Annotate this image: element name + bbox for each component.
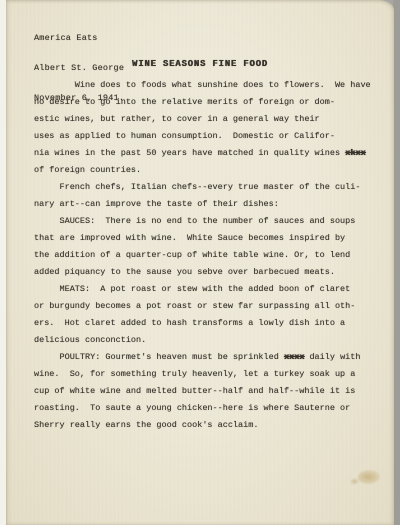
- text-line: roasting. To saute a young chicken--here…: [34, 400, 388, 417]
- text-line: added piquancy to the sause you sebve ov…: [34, 264, 388, 281]
- text-segment: delicious conconction.: [34, 335, 146, 345]
- scanned-document: America Eats Albert St. George November …: [0, 0, 400, 525]
- struck-text: xxxx: [284, 352, 304, 362]
- text-segment: Wine does to foods what sunshine does to…: [34, 80, 371, 90]
- text-line: POULTRY: Gourmet's heaven must be sprink…: [34, 349, 388, 366]
- text-segment: of foreign countries.: [34, 165, 141, 175]
- text-segment: nia wines in the past 50 years have matc…: [34, 148, 345, 158]
- text-line: ers. Hot claret added to hash transforms…: [34, 315, 388, 332]
- text-segment: added piquancy to the sause you sebve ov…: [34, 267, 335, 277]
- text-line: or burgundy becomes a pot roast or stew …: [34, 298, 388, 315]
- text-segment: that are improved with wine. White Sauce…: [34, 233, 345, 243]
- text-segment: or burgundy becomes a pot roast or stew …: [34, 301, 355, 311]
- text-line: Wine does to foods what sunshine does to…: [34, 77, 388, 94]
- header-byline: America Eats: [34, 33, 124, 43]
- text-line: delicious conconction.: [34, 332, 388, 349]
- text-segment: no desire to go into the relative merits…: [34, 97, 335, 107]
- text-line: SAUCES: There is no end to the number of…: [34, 213, 388, 230]
- paragraph: Wine does to foods what sunshine does to…: [34, 77, 388, 179]
- text-segment: cup of white wine and melted butter--hal…: [34, 386, 355, 396]
- text-line: no desire to go into the relative merits…: [34, 94, 388, 111]
- text-line: of foreign countries.: [34, 162, 388, 179]
- document-page: America Eats Albert St. George November …: [6, 0, 394, 525]
- text-line: wine. So, for something truly heavenly, …: [34, 366, 388, 383]
- text-line: that are improved with wine. White Sauce…: [34, 230, 388, 247]
- text-line: nary art--can improve the taste of their…: [34, 196, 388, 213]
- text-segment: Sherry really earns the good cook's accl…: [34, 420, 258, 430]
- text-segment: uses as applied to human consumption. Do…: [34, 131, 335, 141]
- paragraph: MEATS: A pot roast or stew with the adde…: [34, 281, 388, 349]
- text-segment: wine. So, for something truly heavenly, …: [34, 369, 355, 379]
- text-segment: ers. Hot claret added to hash transforms…: [34, 318, 345, 328]
- text-segment: roasting. To saute a young chicken--here…: [34, 403, 350, 413]
- text-line: nia wines in the past 50 years have matc…: [34, 145, 388, 162]
- document-body: Wine does to foods what sunshine does to…: [34, 77, 388, 434]
- text-line: uses as applied to human consumption. Do…: [34, 128, 388, 145]
- paragraph: POULTRY: Gourmet's heaven must be sprink…: [34, 349, 388, 434]
- paragraph: French chefs, Italian chefs--every true …: [34, 179, 388, 213]
- struck-text: xkxx: [345, 148, 365, 158]
- text-segment: French chefs, Italian chefs--every true …: [34, 182, 360, 192]
- text-line: Sherry really earns the good cook's accl…: [34, 417, 388, 434]
- text-segment: SAUCES: There is no end to the number of…: [34, 216, 355, 226]
- text-line: estic wines, but rather, to cover in a g…: [34, 111, 388, 128]
- text-segment: estic wines, but rather, to cover in a g…: [34, 114, 320, 124]
- text-segment: MEATS: A pot roast or stew with the adde…: [34, 284, 350, 294]
- text-segment: nary art--can improve the taste of their…: [34, 199, 279, 209]
- text-line: MEATS: A pot roast or stew with the adde…: [34, 281, 388, 298]
- text-line: the addition of a quarter-cup of white t…: [34, 247, 388, 264]
- text-segment: POULTRY: Gourmet's heaven must be sprink…: [34, 352, 284, 362]
- stain-mark-small: [350, 478, 359, 485]
- stain-mark: [358, 470, 380, 484]
- scan-right-edge: [393, 0, 400, 525]
- text-segment: daily with: [304, 352, 360, 362]
- paragraph: SAUCES: There is no end to the number of…: [34, 213, 388, 281]
- text-line: cup of white wine and melted butter--hal…: [34, 383, 388, 400]
- text-segment: the addition of a quarter-cup of white t…: [34, 250, 350, 260]
- document-title: WINE SEASONS FINE FOOD: [6, 59, 394, 69]
- text-line: French chefs, Italian chefs--every true …: [34, 179, 388, 196]
